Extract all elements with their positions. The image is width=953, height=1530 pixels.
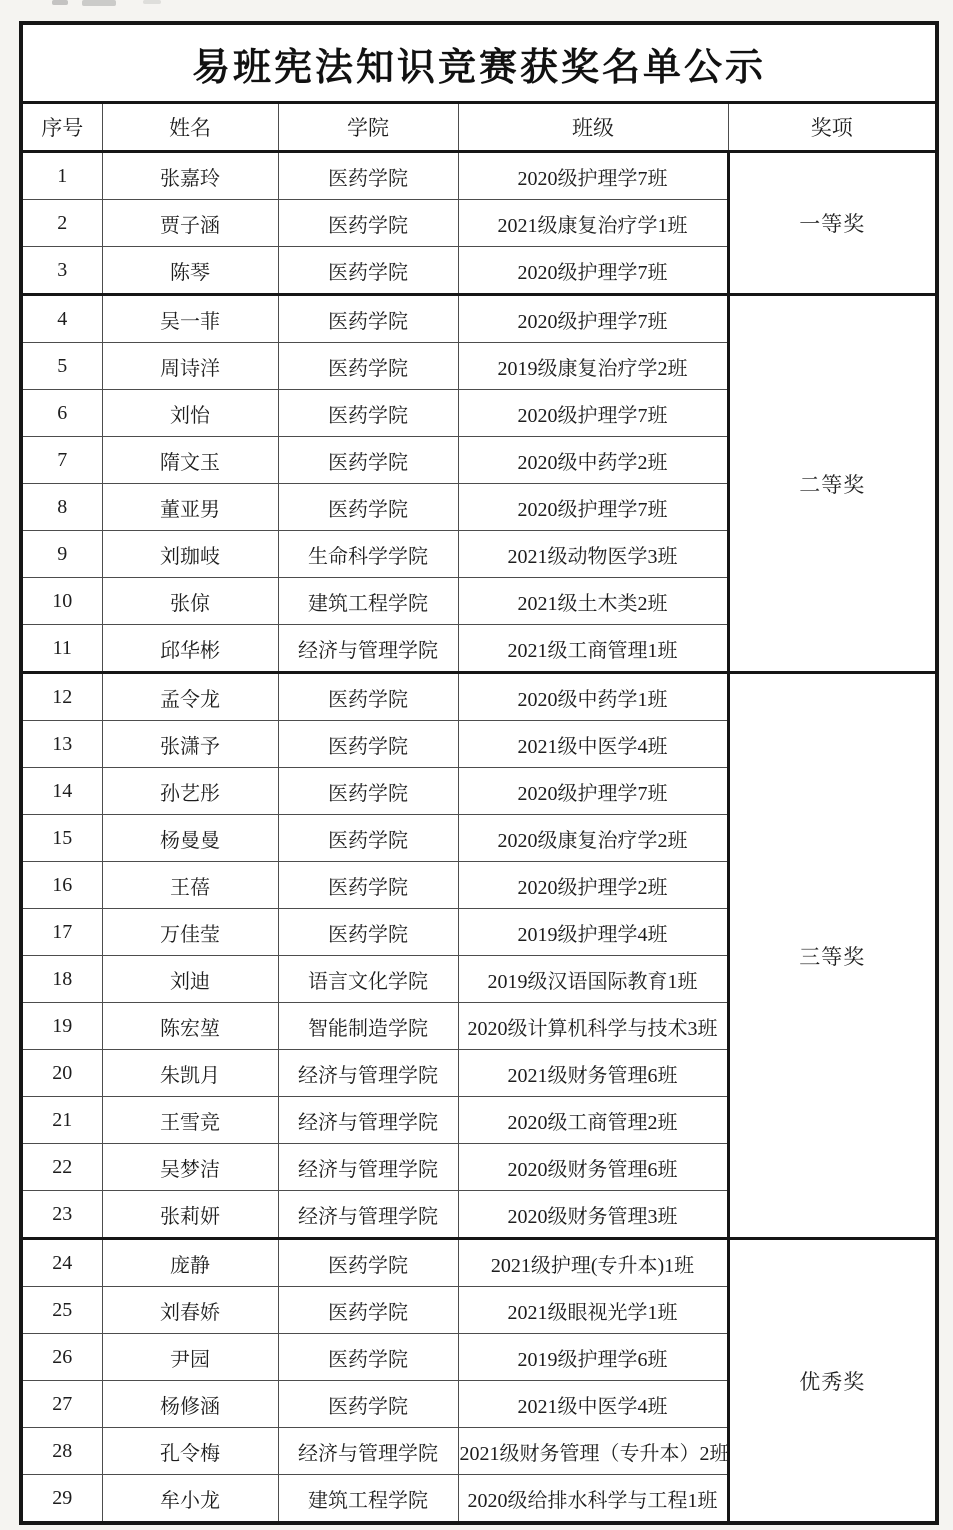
cell-college: 医药学院 — [278, 1287, 458, 1334]
cell-no: 7 — [21, 437, 102, 484]
cell-class: 2019级护理学4班 — [458, 909, 728, 956]
cell-class: 2021级中医学4班 — [458, 1381, 728, 1428]
cell-no: 10 — [21, 578, 102, 625]
cell-college: 医药学院 — [278, 200, 458, 247]
cell-college: 医药学院 — [278, 1381, 458, 1428]
cell-class: 2020级中药学1班 — [458, 673, 728, 721]
cell-college: 智能制造学院 — [278, 1003, 458, 1050]
cell-no: 18 — [21, 956, 102, 1003]
cell-no: 20 — [21, 1050, 102, 1097]
cell-class: 2020级护理学7班 — [458, 484, 728, 531]
cell-college: 医药学院 — [278, 343, 458, 390]
cell-college: 医药学院 — [278, 390, 458, 437]
cell-class: 2020级护理学7班 — [458, 768, 728, 815]
cell-college: 建筑工程学院 — [278, 1475, 458, 1524]
cell-no: 26 — [21, 1334, 102, 1381]
cell-no: 22 — [21, 1144, 102, 1191]
cell-name: 刘怡 — [102, 390, 278, 437]
cell-class: 2020级财务管理6班 — [458, 1144, 728, 1191]
cell-college: 医药学院 — [278, 862, 458, 909]
cell-no: 1 — [21, 152, 102, 200]
award-cell: 优秀奖 — [728, 1239, 937, 1524]
cell-class: 2019级康复治疗学2班 — [458, 343, 728, 390]
header-row: 序号 姓名 学院 班级 奖项 — [21, 103, 937, 152]
cell-name: 王雪竞 — [102, 1097, 278, 1144]
cell-name: 吴一菲 — [102, 295, 278, 343]
cell-name: 董亚男 — [102, 484, 278, 531]
page-title: 易班宪法知识竞赛获奖名单公示 — [21, 23, 937, 103]
cell-no: 13 — [21, 721, 102, 768]
cell-no: 12 — [21, 673, 102, 721]
cell-name: 孔令梅 — [102, 1428, 278, 1475]
cell-college: 医药学院 — [278, 295, 458, 343]
cell-class: 2020级康复治疗学2班 — [458, 815, 728, 862]
cell-name: 周诗洋 — [102, 343, 278, 390]
cell-name: 孙艺彤 — [102, 768, 278, 815]
cell-class: 2020级中药学2班 — [458, 437, 728, 484]
cell-name: 杨修涵 — [102, 1381, 278, 1428]
cell-college: 经济与管理学院 — [278, 1050, 458, 1097]
cell-name: 王蓓 — [102, 862, 278, 909]
cell-college: 医药学院 — [278, 673, 458, 721]
table-row: 1张嘉玲医药学院2020级护理学7班一等奖 — [21, 152, 937, 200]
award-cell: 二等奖 — [728, 295, 937, 673]
cell-college: 经济与管理学院 — [278, 1097, 458, 1144]
cell-college: 医药学院 — [278, 152, 458, 200]
cell-no: 24 — [21, 1239, 102, 1287]
cell-name: 张莉妍 — [102, 1191, 278, 1239]
cell-class: 2021级财务管理（专升本）2班 — [458, 1428, 728, 1475]
cell-college: 经济与管理学院 — [278, 1428, 458, 1475]
awards-table: 易班宪法知识竞赛获奖名单公示 序号 姓名 学院 班级 奖项 1张嘉玲医药学院20… — [19, 21, 939, 1525]
cell-class: 2021级中医学4班 — [458, 721, 728, 768]
cell-name: 杨曼曼 — [102, 815, 278, 862]
cell-no: 14 — [21, 768, 102, 815]
cell-no: 9 — [21, 531, 102, 578]
cell-class: 2020级护理学7班 — [458, 390, 728, 437]
cell-college: 医药学院 — [278, 1334, 458, 1381]
cell-no: 4 — [21, 295, 102, 343]
cell-no: 8 — [21, 484, 102, 531]
cell-no: 25 — [21, 1287, 102, 1334]
column-header-class: 班级 — [458, 103, 728, 152]
cell-class: 2019级护理学6班 — [458, 1334, 728, 1381]
cell-college: 医药学院 — [278, 721, 458, 768]
cell-no: 15 — [21, 815, 102, 862]
cell-class: 2020级给排水科学与工程1班 — [458, 1475, 728, 1524]
cell-college: 医药学院 — [278, 768, 458, 815]
scan-artifact — [143, 0, 161, 4]
award-cell: 三等奖 — [728, 673, 937, 1239]
cell-name: 万佳莹 — [102, 909, 278, 956]
cell-college: 语言文化学院 — [278, 956, 458, 1003]
cell-class: 2020级护理学7班 — [458, 247, 728, 295]
cell-class: 2021级护理(专升本)1班 — [458, 1239, 728, 1287]
cell-no: 21 — [21, 1097, 102, 1144]
cell-name: 朱凯月 — [102, 1050, 278, 1097]
scan-artifact — [52, 0, 68, 5]
cell-no: 16 — [21, 862, 102, 909]
cell-class: 2020级护理学2班 — [458, 862, 728, 909]
cell-no: 27 — [21, 1381, 102, 1428]
cell-college: 经济与管理学院 — [278, 1191, 458, 1239]
table-row: 12孟令龙医药学院2020级中药学1班三等奖 — [21, 673, 937, 721]
cell-class: 2020级工商管理2班 — [458, 1097, 728, 1144]
column-header-no: 序号 — [21, 103, 102, 152]
cell-no: 17 — [21, 909, 102, 956]
cell-college: 医药学院 — [278, 909, 458, 956]
cell-class: 2020级计算机科学与技术3班 — [458, 1003, 728, 1050]
cell-name: 尹园 — [102, 1334, 278, 1381]
cell-name: 张嘉玲 — [102, 152, 278, 200]
cell-no: 28 — [21, 1428, 102, 1475]
cell-no: 19 — [21, 1003, 102, 1050]
cell-class: 2021级土木类2班 — [458, 578, 728, 625]
cell-no: 6 — [21, 390, 102, 437]
cell-name: 张潇予 — [102, 721, 278, 768]
cell-class: 2020级财务管理3班 — [458, 1191, 728, 1239]
cell-college: 医药学院 — [278, 815, 458, 862]
cell-no: 23 — [21, 1191, 102, 1239]
cell-name: 贾子涵 — [102, 200, 278, 247]
cell-class: 2020级护理学7班 — [458, 295, 728, 343]
cell-class: 2021级康复治疗学1班 — [458, 200, 728, 247]
cell-college: 建筑工程学院 — [278, 578, 458, 625]
column-header-award: 奖项 — [728, 103, 937, 152]
cell-name: 刘春娇 — [102, 1287, 278, 1334]
cell-name: 庞静 — [102, 1239, 278, 1287]
cell-name: 陈琴 — [102, 247, 278, 295]
cell-name: 吴梦洁 — [102, 1144, 278, 1191]
cell-name: 张倞 — [102, 578, 278, 625]
cell-college: 医药学院 — [278, 1239, 458, 1287]
page: 易班宪法知识竞赛获奖名单公示 序号 姓名 学院 班级 奖项 1张嘉玲医药学院20… — [0, 0, 953, 1530]
cell-name: 孟令龙 — [102, 673, 278, 721]
scan-artifact — [82, 0, 116, 6]
cell-name: 隋文玉 — [102, 437, 278, 484]
cell-no: 29 — [21, 1475, 102, 1524]
cell-class: 2021级动物医学3班 — [458, 531, 728, 578]
cell-college: 医药学院 — [278, 247, 458, 295]
table-body: 1张嘉玲医药学院2020级护理学7班一等奖2贾子涵医药学院2021级康复治疗学1… — [21, 152, 937, 1524]
column-header-name: 姓名 — [102, 103, 278, 152]
cell-no: 5 — [21, 343, 102, 390]
title-row: 易班宪法知识竞赛获奖名单公示 — [21, 23, 937, 103]
cell-college: 医药学院 — [278, 484, 458, 531]
cell-no: 2 — [21, 200, 102, 247]
cell-class: 2020级护理学7班 — [458, 152, 728, 200]
cell-class: 2021级工商管理1班 — [458, 625, 728, 673]
cell-name: 刘迪 — [102, 956, 278, 1003]
cell-name: 刘珈岐 — [102, 531, 278, 578]
cell-name: 邱华彬 — [102, 625, 278, 673]
cell-college: 经济与管理学院 — [278, 625, 458, 673]
cell-class: 2019级汉语国际教育1班 — [458, 956, 728, 1003]
cell-no: 3 — [21, 247, 102, 295]
award-cell: 一等奖 — [728, 152, 937, 295]
column-header-college: 学院 — [278, 103, 458, 152]
table-row: 24庞静医药学院2021级护理(专升本)1班优秀奖 — [21, 1239, 937, 1287]
cell-name: 陈宏堃 — [102, 1003, 278, 1050]
cell-college: 生命科学学院 — [278, 531, 458, 578]
table-row: 4吴一菲医药学院2020级护理学7班二等奖 — [21, 295, 937, 343]
cell-college: 经济与管理学院 — [278, 1144, 458, 1191]
cell-no: 11 — [21, 625, 102, 673]
cell-class: 2021级财务管理6班 — [458, 1050, 728, 1097]
cell-college: 医药学院 — [278, 437, 458, 484]
cell-name: 牟小龙 — [102, 1475, 278, 1524]
cell-class: 2021级眼视光学1班 — [458, 1287, 728, 1334]
